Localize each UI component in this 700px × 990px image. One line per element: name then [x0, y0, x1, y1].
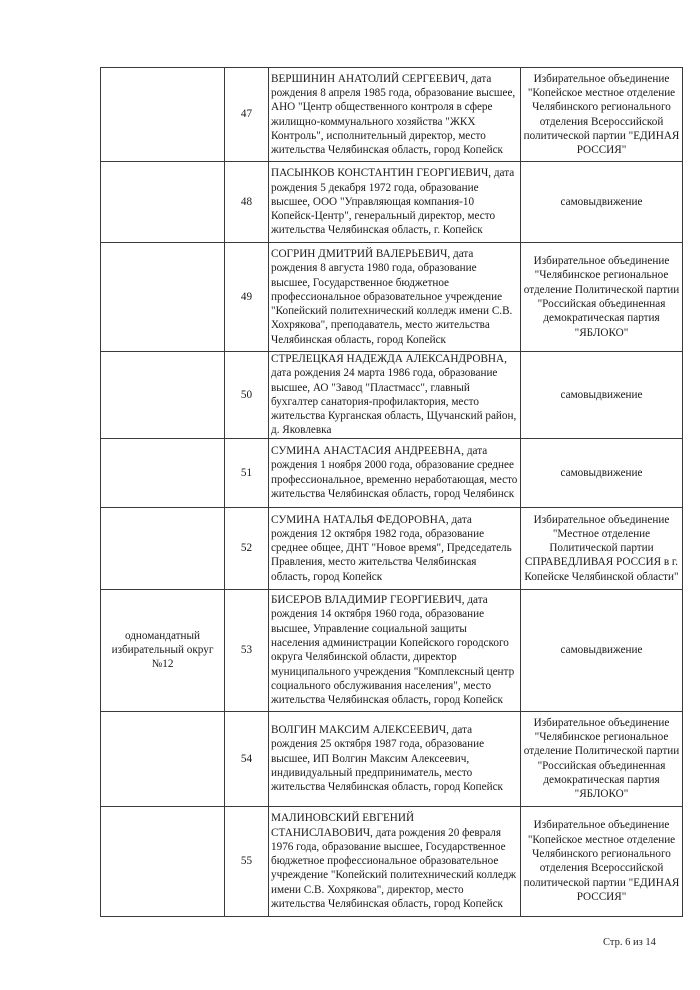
candidate-number: 54	[225, 711, 269, 806]
candidate-info: СТРЕЛЕЦКАЯ НАДЕЖДА АЛЕКСАНДРОВНА, дата р…	[269, 352, 521, 439]
nominated-by: Избирательное объединение "Копейское мес…	[521, 806, 683, 916]
nominated-by: Избирательное объединение "Челябинское р…	[521, 243, 683, 352]
table-row: 51 СУМИНА АНАСТАСИЯ АНДРЕЕВНА, дата рожд…	[101, 438, 683, 507]
district-label: одномандатный избирательный округ №12	[101, 589, 225, 711]
candidate-number: 49	[225, 243, 269, 352]
nominated-by: самовыдвижение	[521, 352, 683, 439]
candidate-info: СУМИНА НАТАЛЬЯ ФЕДОРОВНА, дата рождения …	[269, 507, 521, 589]
district-cell	[101, 162, 225, 243]
table-row: 47 ВЕРШИНИН АНАТОЛИЙ СЕРГЕЕВИЧ, дата рож…	[101, 68, 683, 162]
district-cell	[101, 711, 225, 806]
district-cell	[101, 438, 225, 507]
candidates-table: 47 ВЕРШИНИН АНАТОЛИЙ СЕРГЕЕВИЧ, дата рож…	[100, 67, 683, 917]
table-row: 48 ПАСЫНКОВ КОНСТАНТИН ГЕОРГИЕВИЧ, дата …	[101, 162, 683, 243]
nominated-by: самовыдвижение	[521, 162, 683, 243]
candidate-info: БИСЕРОВ ВЛАДИМИР ГЕОРГИЕВИЧ, дата рожден…	[269, 589, 521, 711]
nominated-by: Избирательное объединение "Местное отдел…	[521, 507, 683, 589]
table-row: 54 ВОЛГИН МАКСИМ АЛЕКСЕЕВИЧ, дата рожден…	[101, 711, 683, 806]
candidate-number: 50	[225, 352, 269, 439]
candidate-number: 52	[225, 507, 269, 589]
table-row: 55 МАЛИНОВСКИЙ ЕВГЕНИЙ СТАНИСЛАВОВИЧ, да…	[101, 806, 683, 916]
nominated-by: Избирательное объединение "Копейское мес…	[521, 68, 683, 162]
candidate-info: СУМИНА АНАСТАСИЯ АНДРЕЕВНА, дата рождени…	[269, 438, 521, 507]
candidate-info: ВОЛГИН МАКСИМ АЛЕКСЕЕВИЧ, дата рождения …	[269, 711, 521, 806]
candidate-number: 51	[225, 438, 269, 507]
district-cell	[101, 507, 225, 589]
table-row: одномандатный избирательный округ №12 53…	[101, 589, 683, 711]
candidate-info: ВЕРШИНИН АНАТОЛИЙ СЕРГЕЕВИЧ, дата рожден…	[269, 68, 521, 162]
district-cell	[101, 806, 225, 916]
page-number: Стр. 6 из 14	[603, 937, 656, 948]
district-cell	[101, 68, 225, 162]
table-row: 52 СУМИНА НАТАЛЬЯ ФЕДОРОВНА, дата рожден…	[101, 507, 683, 589]
candidate-number: 55	[225, 806, 269, 916]
candidate-info: СОГРИН ДМИТРИЙ ВАЛЕРЬЕВИЧ, дата рождения…	[269, 243, 521, 352]
candidate-number: 48	[225, 162, 269, 243]
candidate-info: МАЛИНОВСКИЙ ЕВГЕНИЙ СТАНИСЛАВОВИЧ, дата …	[269, 806, 521, 916]
nominated-by: Избирательное объединение "Челябинское р…	[521, 711, 683, 806]
document-page: 47 ВЕРШИНИН АНАТОЛИЙ СЕРГЕЕВИЧ, дата рож…	[0, 0, 700, 990]
table-row: 50 СТРЕЛЕЦКАЯ НАДЕЖДА АЛЕКСАНДРОВНА, дат…	[101, 352, 683, 439]
nominated-by: самовыдвижение	[521, 589, 683, 711]
nominated-by: самовыдвижение	[521, 438, 683, 507]
district-cell	[101, 243, 225, 352]
table-row: 49 СОГРИН ДМИТРИЙ ВАЛЕРЬЕВИЧ, дата рожде…	[101, 243, 683, 352]
candidate-number: 47	[225, 68, 269, 162]
candidate-number: 53	[225, 589, 269, 711]
candidate-info: ПАСЫНКОВ КОНСТАНТИН ГЕОРГИЕВИЧ, дата рож…	[269, 162, 521, 243]
district-cell	[101, 352, 225, 439]
